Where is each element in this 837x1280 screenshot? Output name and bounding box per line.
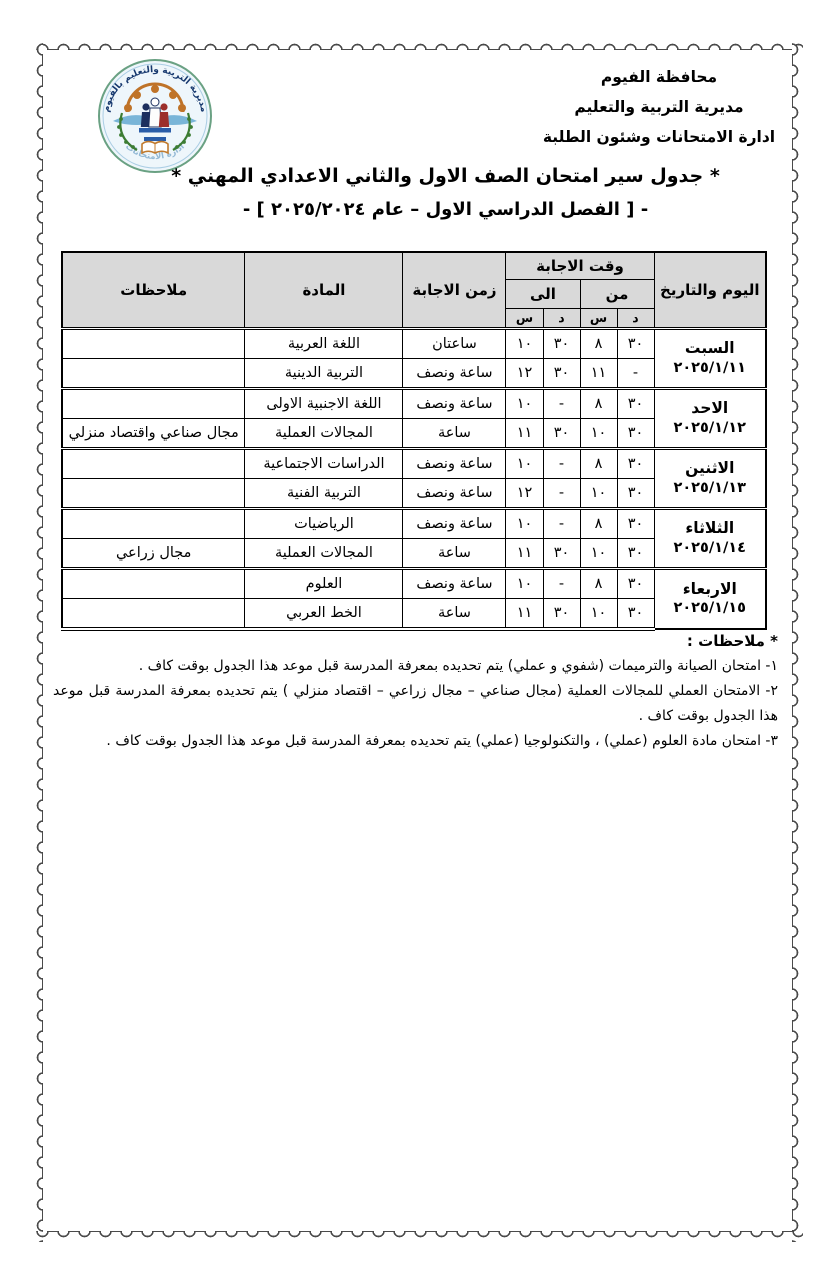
stamp-frame: مديرية التربية والتعليم بالفيوم ادارة ال… bbox=[42, 49, 793, 1232]
org-line-directorate: مديرية التربية والتعليم bbox=[534, 92, 784, 122]
day-name: الثلاثاء bbox=[657, 519, 764, 538]
header-to-minutes: د bbox=[543, 308, 580, 328]
duration-cell: ساعة ونصف bbox=[403, 508, 506, 538]
to-minutes-cell: ٣٠ bbox=[543, 328, 580, 358]
day-date-cell: الاثنين ٢٠٢٥/١/١٣ bbox=[654, 448, 766, 508]
header-duration: زمن الاجابة bbox=[403, 252, 506, 328]
subject-cell: اللغة الاجنبية الاولى bbox=[245, 388, 403, 418]
document-subtitle: - [ الفصل الدراسي الاول – عام ٢٠٢٥/٢٠٢٤ … bbox=[43, 199, 792, 220]
table-row: الاحد ٢٠٢٥/١/١٢ ٣٠ ٨ - ١٠ ساعة ونصف اللغ… bbox=[62, 388, 766, 418]
day-date: ٢٠٢٥/١/١٣ bbox=[657, 479, 764, 497]
from-hours-cell: ١٠ bbox=[580, 538, 617, 568]
to-hours-cell: ١٠ bbox=[506, 388, 543, 418]
day-name: الاثنين bbox=[657, 459, 764, 478]
from-minutes-cell: ٣٠ bbox=[617, 508, 654, 538]
from-hours-cell: ٨ bbox=[580, 508, 617, 538]
from-hours-cell: ٨ bbox=[580, 448, 617, 478]
day-date-cell: الاحد ٢٠٢٥/١/١٢ bbox=[654, 388, 766, 448]
to-hours-cell: ١١ bbox=[506, 538, 543, 568]
subject-cell: التربية الدينية bbox=[245, 358, 403, 388]
day-name: الاربعاء bbox=[657, 580, 764, 599]
notes-cell bbox=[62, 358, 245, 388]
day-date: ٢٠٢٥/١/١١ bbox=[657, 359, 764, 377]
duration-cell: ساعة ونصف bbox=[403, 568, 506, 598]
from-hours-cell: ١٠ bbox=[580, 418, 617, 448]
note-item: ٣- امتحان مادة العلوم (عملي) ، والتكنولو… bbox=[53, 729, 778, 754]
from-hours-cell: ١٠ bbox=[580, 478, 617, 508]
duration-cell: ساعة bbox=[403, 418, 506, 448]
notes-cell: مجال زراعي bbox=[62, 538, 245, 568]
notes-cell bbox=[62, 568, 245, 598]
day-date: ٢٠٢٥/١/١٥ bbox=[657, 599, 764, 617]
to-hours-cell: ١٢ bbox=[506, 478, 543, 508]
day-date-cell: الاربعاء ٢٠٢٥/١/١٥ bbox=[654, 568, 766, 629]
to-hours-cell: ١٠ bbox=[506, 568, 543, 598]
from-hours-cell: ١٠ bbox=[580, 598, 617, 629]
stamp-border-bottom bbox=[32, 1231, 803, 1242]
duration-cell: ساعة bbox=[403, 538, 506, 568]
table-row: الثلاثاء ٢٠٢٥/١/١٤ ٣٠ ٨ - ١٠ ساعة ونصف ا… bbox=[62, 508, 766, 538]
duration-cell: ساعة ونصف bbox=[403, 358, 506, 388]
to-minutes-cell: ٣٠ bbox=[543, 358, 580, 388]
table-row: السبت ٢٠٢٥/١/١١ ٣٠ ٨ ٣٠ ١٠ ساعتان اللغة … bbox=[62, 328, 766, 358]
to-hours-cell: ١١ bbox=[506, 418, 543, 448]
from-minutes-cell: ٣٠ bbox=[617, 568, 654, 598]
subject-cell: الرياضيات bbox=[245, 508, 403, 538]
directorate-seal-logo: مديرية التربية والتعليم بالفيوم ادارة ال… bbox=[95, 57, 215, 175]
seal-book-icon bbox=[142, 142, 168, 153]
header-answer-time: وقت الاجابة bbox=[506, 252, 654, 279]
day-date: ٢٠٢٥/١/١٤ bbox=[657, 539, 764, 557]
stamp-border-left bbox=[32, 39, 43, 1242]
table-row: الاثنين ٢٠٢٥/١/١٣ ٣٠ ٨ - ١٠ ساعة ونصف ال… bbox=[62, 448, 766, 478]
notes-section: * ملاحظات : ١- امتحان الصيانة والترميمات… bbox=[53, 628, 778, 754]
header-day-date: اليوم والتاريخ bbox=[654, 252, 766, 328]
org-line-administration: ادارة الامتحانات وشئون الطلبة bbox=[534, 122, 784, 152]
to-hours-cell: ١٠ bbox=[506, 328, 543, 358]
from-hours-cell: ٨ bbox=[580, 388, 617, 418]
from-minutes-cell: ٣٠ bbox=[617, 388, 654, 418]
notes-cell bbox=[62, 598, 245, 629]
subject-cell: الدراسات الاجتماعية bbox=[245, 448, 403, 478]
to-minutes-cell: ٣٠ bbox=[543, 598, 580, 629]
notes-cell bbox=[62, 508, 245, 538]
to-minutes-cell: - bbox=[543, 448, 580, 478]
to-minutes-cell: - bbox=[543, 478, 580, 508]
stamp-border-right bbox=[792, 39, 803, 1242]
org-header-block: محافظة الفيوم مديرية التربية والتعليم اد… bbox=[534, 62, 784, 152]
day-name: الاحد bbox=[657, 399, 764, 418]
to-minutes-cell: - bbox=[543, 388, 580, 418]
header-from-minutes: د bbox=[617, 308, 654, 328]
duration-cell: ساعة ونصف bbox=[403, 478, 506, 508]
notes-title: * ملاحظات : bbox=[53, 628, 778, 654]
from-minutes-cell: - bbox=[617, 358, 654, 388]
to-minutes-cell: - bbox=[543, 568, 580, 598]
duration-cell: ساعتان bbox=[403, 328, 506, 358]
from-minutes-cell: ٣٠ bbox=[617, 328, 654, 358]
notes-cell bbox=[62, 448, 245, 478]
stamp-border-top bbox=[32, 39, 803, 50]
day-date-cell: السبت ٢٠٢٥/١/١١ bbox=[654, 328, 766, 388]
from-minutes-cell: ٣٠ bbox=[617, 598, 654, 629]
header-notes: ملاحظات bbox=[62, 252, 245, 328]
header-to-hours: س bbox=[506, 308, 543, 328]
to-hours-cell: ١١ bbox=[506, 598, 543, 629]
day-name: السبت bbox=[657, 339, 764, 358]
notes-cell bbox=[62, 388, 245, 418]
subject-cell: اللغة العربية bbox=[245, 328, 403, 358]
exam-schedule-table: اليوم والتاريخ وقت الاجابة زمن الاجابة ا… bbox=[61, 251, 767, 631]
from-minutes-cell: ٣٠ bbox=[617, 478, 654, 508]
from-minutes-cell: ٣٠ bbox=[617, 448, 654, 478]
subject-cell: التربية الفنية bbox=[245, 478, 403, 508]
duration-cell: ساعة ونصف bbox=[403, 388, 506, 418]
header-from: من bbox=[580, 279, 654, 308]
subject-cell: العلوم bbox=[245, 568, 403, 598]
duration-cell: ساعة bbox=[403, 598, 506, 629]
notes-cell bbox=[62, 328, 245, 358]
day-date-cell: الثلاثاء ٢٠٢٥/١/١٤ bbox=[654, 508, 766, 568]
notes-cell bbox=[62, 478, 245, 508]
from-minutes-cell: ٣٠ bbox=[617, 418, 654, 448]
subject-cell: المجالات العملية bbox=[245, 418, 403, 448]
subject-cell: الخط العربي bbox=[245, 598, 403, 629]
to-minutes-cell: ٣٠ bbox=[543, 538, 580, 568]
subject-cell: المجالات العملية bbox=[245, 538, 403, 568]
note-item: ٢- الامتحان العملي للمجالات العملية (مجا… bbox=[53, 679, 778, 729]
to-hours-cell: ١٠ bbox=[506, 508, 543, 538]
document-title: * جدول سير امتحان الصف الاول والثاني الا… bbox=[43, 165, 792, 187]
header-subject: المادة bbox=[245, 252, 403, 328]
to-hours-cell: ١٠ bbox=[506, 448, 543, 478]
from-hours-cell: ١١ bbox=[580, 358, 617, 388]
org-line-governorate: محافظة الفيوم bbox=[534, 62, 784, 92]
header-from-hours: س bbox=[580, 308, 617, 328]
to-hours-cell: ١٢ bbox=[506, 358, 543, 388]
header-to: الى bbox=[506, 279, 580, 308]
to-minutes-cell: ٣٠ bbox=[543, 418, 580, 448]
from-hours-cell: ٨ bbox=[580, 328, 617, 358]
from-minutes-cell: ٣٠ bbox=[617, 538, 654, 568]
to-minutes-cell: - bbox=[543, 508, 580, 538]
duration-cell: ساعة ونصف bbox=[403, 448, 506, 478]
table-row: الاربعاء ٢٠٢٥/١/١٥ ٣٠ ٨ - ١٠ ساعة ونصف ا… bbox=[62, 568, 766, 598]
from-hours-cell: ٨ bbox=[580, 568, 617, 598]
day-date: ٢٠٢٥/١/١٢ bbox=[657, 419, 764, 437]
notes-cell: مجال صناعي واقتصاد منزلي bbox=[62, 418, 245, 448]
note-item: ١- امتحان الصيانة والترميمات (شفوي و عمل… bbox=[53, 654, 778, 679]
document-page: { "org": { "line1": "محافظة الفيوم", "li… bbox=[0, 0, 837, 1280]
